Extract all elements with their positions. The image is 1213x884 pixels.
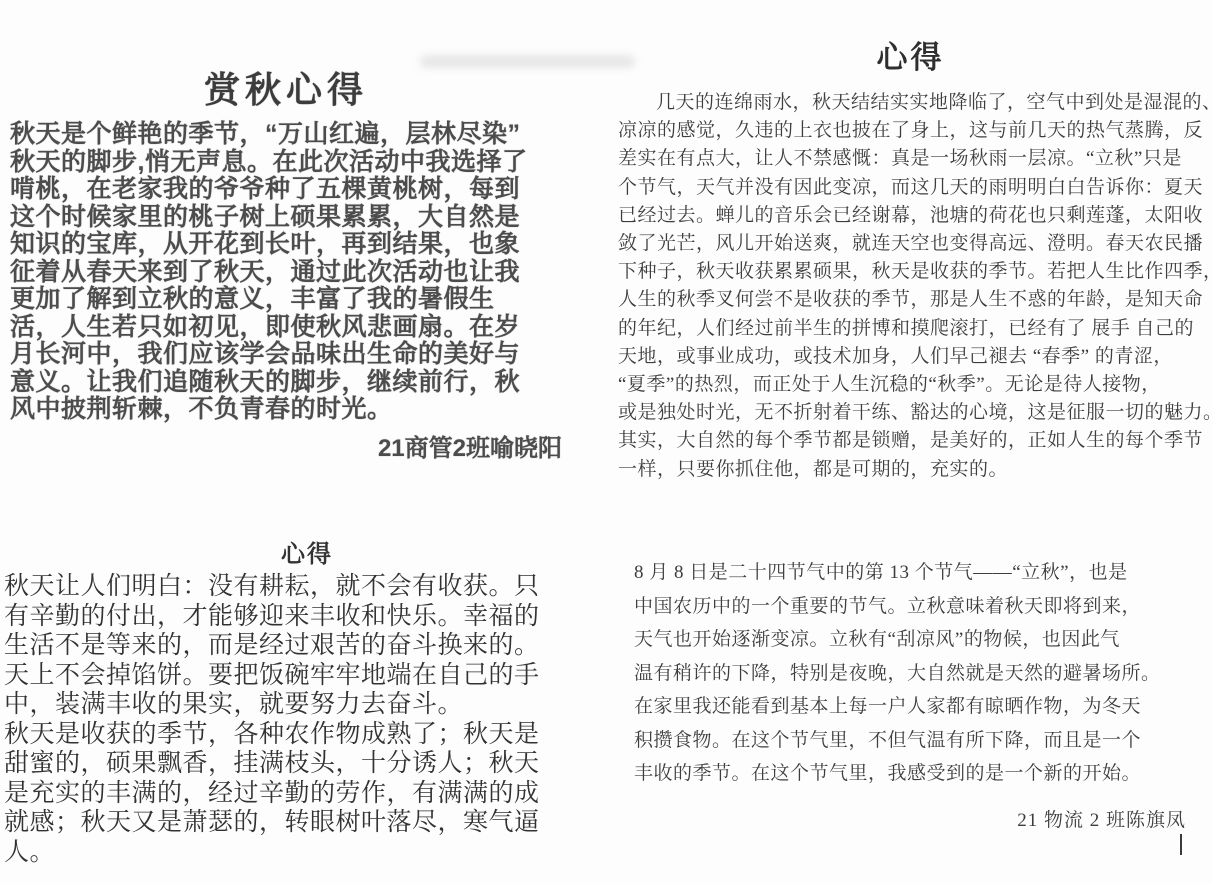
essay-title: 心得	[4, 534, 610, 569]
text-line: 这个时候家里的桃子树上硕果累累，大自然是	[10, 204, 562, 232]
text-line: 几天的连绵雨水，秋天结结实实地降临了，空气中到处是湿混的、	[618, 89, 1203, 117]
essay-liqiu-bottom-right: 8 月 8 日是二十四节气中的第 13 个节气——“立秋”，也是中国农历中的一个…	[634, 556, 1186, 860]
essay-signature: 21 物流 2 班陈旗凤	[634, 805, 1186, 832]
text-line: “夏季”的热烈，而正处于人生沉稳的“秋季”。无论是待人接物，	[618, 371, 1203, 399]
text-line: 温有稍许的下降，特别是夜晚，大自然就是天然的避暑场所。	[634, 657, 1186, 691]
text-line: 丰收的季节。在这个节气里，我感受到的是一个新的开始。	[634, 757, 1186, 791]
text-line: 人生的秋季叉何尝不是收获的季节，那是人生不惑的年龄，是知天命	[618, 286, 1203, 314]
text-line: 就感；秋天又是萧瑟的，转眼树叶落尽，寒气逼	[4, 808, 610, 838]
text-line: 秋天是个鲜艳的季节，“万山红遍，层林尽染”	[10, 121, 562, 149]
text-line: 8 月 8 日是二十四节气中的第 13 个节气——“立秋”，也是	[634, 556, 1186, 590]
text-line: 秋天的脚步,悄无声息。在此次活动中我选择了	[10, 149, 562, 177]
essay-body: 几天的连绵雨水，秋天结结实实地降临了，空气中到处是湿混的、凉凉的感觉，久违的上衣…	[618, 89, 1203, 484]
text-line: 秋天让人们明白：没有耕耘，就不会有收获。只	[4, 572, 610, 602]
text-line: 下种子，秋天收获累累硕果，秋天是收获的季节。若把人生比作四季，	[618, 258, 1203, 286]
text-line: 或是独处时光，无不折射着干练、豁达的心境，这是征服一切的魅力。	[618, 399, 1203, 427]
text-line: 征着从春天来到了秋天，通过此次活动也让我	[10, 259, 562, 287]
text-line: 月长河中，我们应该学会品味出生命的美好与	[10, 341, 562, 369]
text-cursor	[1180, 834, 1182, 855]
text-line: 意义。让我们追随秋天的脚步，继续前行，秋	[10, 369, 562, 397]
text-line: 风中披荆斩棘，不负青春的时光。	[10, 396, 562, 424]
essay-appreciate-autumn: 赏秋心得 秋天是个鲜艳的季节，“万山红遍，层林尽染”秋天的脚步,悄无声息。在此次…	[10, 62, 562, 463]
text-line: 差实在有点大，让人不禁感慨：真是一场秋雨一层凉。“立秋”只是	[618, 145, 1203, 173]
text-line: 敛了光芒，风儿开始送爽，就连天空也变得高远、澄明。春天农民播	[618, 230, 1203, 258]
text-line: 有辛勤的付出，才能够迎来丰收和快乐。幸福的	[4, 602, 610, 632]
text-line: 天上不会掉馅饼。要把饭碗牢牢地端在自己的手	[4, 661, 610, 691]
text-line: 人。	[4, 838, 610, 868]
text-line: 个节气，天气并没有因此变凉，而这几天的雨明明白白告诉你：夏天	[618, 174, 1203, 202]
text-line: 已经过去。蝉儿的音乐会已经谢幕，池塘的荷花也只剩莲蓬，太阳收	[618, 202, 1203, 230]
text-line: 凉凉的感觉，久违的上衣也披在了身上，这与前几天的热气蒸腾，反	[618, 117, 1203, 145]
essay-title: 赏秋心得	[10, 62, 562, 113]
text-line: 中，装满丰收的果实，就要努力去奋斗。	[4, 690, 610, 720]
text-line: 啃桃，在老家我的爷爷种了五棵黄桃树，每到	[10, 176, 562, 204]
essay-body: 秋天让人们明白：没有耕耘，就不会有收获。只有辛勤的付出，才能够迎来丰收和快乐。幸…	[4, 572, 610, 867]
text-line: 其实，大自然的每个季节都是锁赠，是美好的，正如人生的每个季节	[618, 427, 1203, 455]
text-line: 中国农历中的一个重要的节气。立秋意味着秋天即将到来，	[634, 590, 1186, 624]
essay-body: 8 月 8 日是二十四节气中的第 13 个节气——“立秋”，也是中国农历中的一个…	[634, 556, 1186, 791]
text-line: 积攒食物。在这个节气里，不但气温有所下降，而且是一个	[634, 724, 1186, 758]
document-canvas[interactable]: 赏秋心得 秋天是个鲜艳的季节，“万山红遍，层林尽染”秋天的脚步,悄无声息。在此次…	[0, 0, 1213, 884]
text-line: 活，人生若只如初见，即使秋风悲画扇。在岁	[10, 314, 562, 342]
text-line: 天地，或事业成功，或技术加身，人们早己褪去 “春季” 的青涩，	[618, 343, 1203, 371]
text-line: 一样，只要你抓住他，都是可期的，充实的。	[618, 456, 1203, 484]
text-line: 知识的宝库，从开花到长叶，再到结果，也象	[10, 231, 562, 259]
essay-reflection-top-right: 心得 几天的连绵雨水，秋天结结实实地降临了，空气中到处是湿混的、凉凉的感觉，久违…	[618, 32, 1203, 484]
text-line: 的年纪，人们经过前半生的拼博和摸爬滚打，已经有了 展手 自己的	[618, 315, 1203, 343]
text-line: 生活不是等来的，而是经过艰苦的奋斗换来的。	[4, 631, 610, 661]
essay-reflection-bottom-left: 心得 秋天让人们明白：没有耕耘，就不会有收获。只有辛勤的付出，才能够迎来丰收和快…	[4, 534, 610, 867]
text-line: 甜蜜的，硕果飘香，挂满枝头，十分诱人；秋天	[4, 749, 610, 779]
essay-signature: 21商管2班喻晓阳	[10, 428, 562, 463]
text-line: 天气也开始逐渐变凉。立秋有“刮凉风”的物候，也因此气	[634, 623, 1186, 657]
text-line: 在家里我还能看到基本上每一户人家都有晾晒作物，为冬天	[634, 690, 1186, 724]
text-line: 秋天是收获的季节，各种农作物成熟了；秋天是	[4, 720, 610, 750]
essay-body: 秋天是个鲜艳的季节，“万山红遍，层林尽染”秋天的脚步,悄无声息。在此次活动中我选…	[10, 121, 562, 424]
essay-title: 心得	[618, 32, 1203, 77]
caret-row	[634, 834, 1186, 860]
text-line: 更加了解到立秋的意义，丰富了我的暑假生	[10, 286, 562, 314]
text-line: 是充实的丰满的，经过辛勤的劳作，有满满的成	[4, 779, 610, 809]
